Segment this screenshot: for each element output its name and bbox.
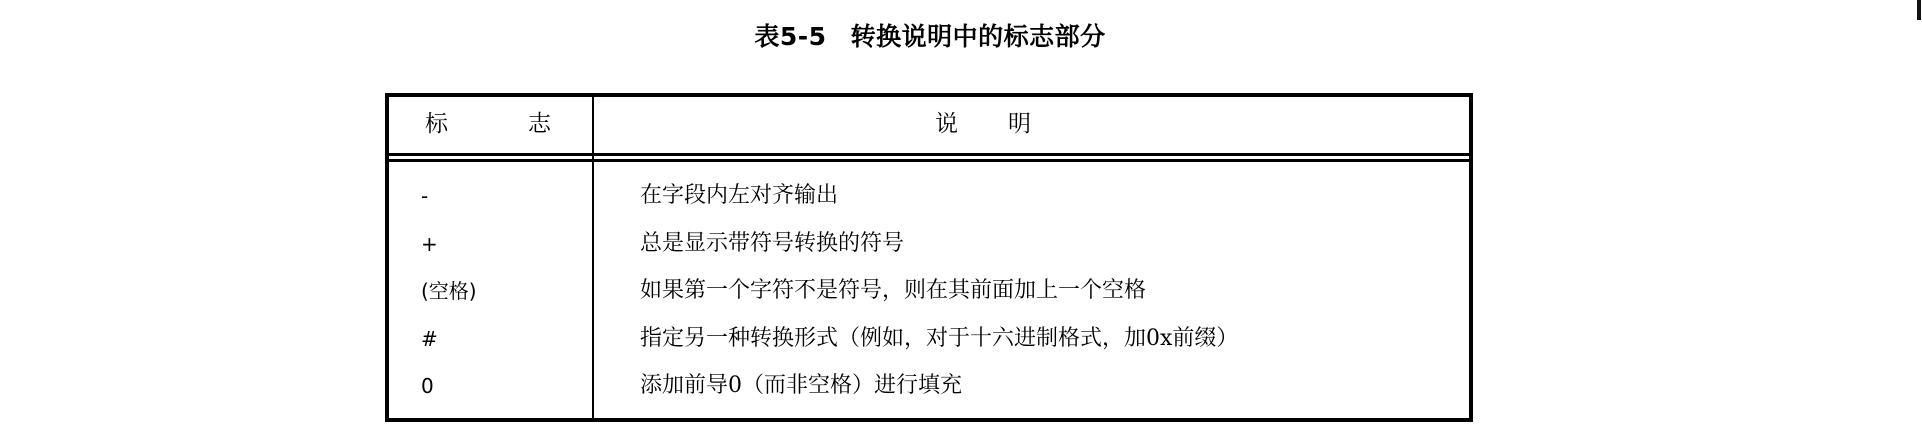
table-number: 表5-5 <box>754 22 826 51</box>
flag-cell: + <box>421 229 438 259</box>
header-flag-char-2: 志 <box>528 109 551 139</box>
header-rule-bottom <box>389 159 1469 162</box>
table-row: # 指定另一种转换形式（例如，对于十六进制格式，加0x前缀） <box>389 324 1469 372</box>
header-flag-char-1: 标 <box>425 109 448 139</box>
description-cell: 总是显示带符号转换的符号 <box>640 229 904 259</box>
table-title: 转换说明中的标志部分 <box>851 22 1106 51</box>
table-row: + 总是显示带符号转换的符号 <box>389 229 1469 277</box>
table-row: 0 添加前导0（而非空格）进行填充 <box>389 371 1469 419</box>
flags-table: 标 志 说 明 - 在字段内左对齐输出 + 总是显示带符号转换的符号 (空格) … <box>385 93 1473 422</box>
header-description: 说 明 <box>935 109 1031 139</box>
flag-cell: - <box>421 181 428 211</box>
flag-cell: 0 <box>421 371 434 401</box>
scan-edge-mark <box>1917 0 1921 20</box>
flag-cell: # <box>421 324 438 354</box>
description-cell: 添加前导0（而非空格）进行填充 <box>640 371 962 401</box>
table-row: (空格) 如果第一个字符不是符号，则在其前面加上一个空格 <box>389 276 1469 324</box>
description-cell: 指定另一种转换形式（例如，对于十六进制格式，加0x前缀） <box>640 324 1238 354</box>
table-body: - 在字段内左对齐输出 + 总是显示带符号转换的符号 (空格) 如果第一个字符不… <box>389 181 1469 419</box>
table-caption: 表5-5转换说明中的标志部分 <box>0 22 1860 52</box>
header-rule-top <box>389 153 1469 156</box>
header-flag: 标 志 <box>425 109 551 139</box>
description-cell: 在字段内左对齐输出 <box>640 181 838 211</box>
header-desc-char-2: 明 <box>1008 109 1031 139</box>
table-row: - 在字段内左对齐输出 <box>389 181 1469 229</box>
flag-cell: (空格) <box>421 276 477 306</box>
header-desc-char-1: 说 <box>935 109 958 139</box>
description-cell: 如果第一个字符不是符号，则在其前面加上一个空格 <box>640 276 1146 306</box>
